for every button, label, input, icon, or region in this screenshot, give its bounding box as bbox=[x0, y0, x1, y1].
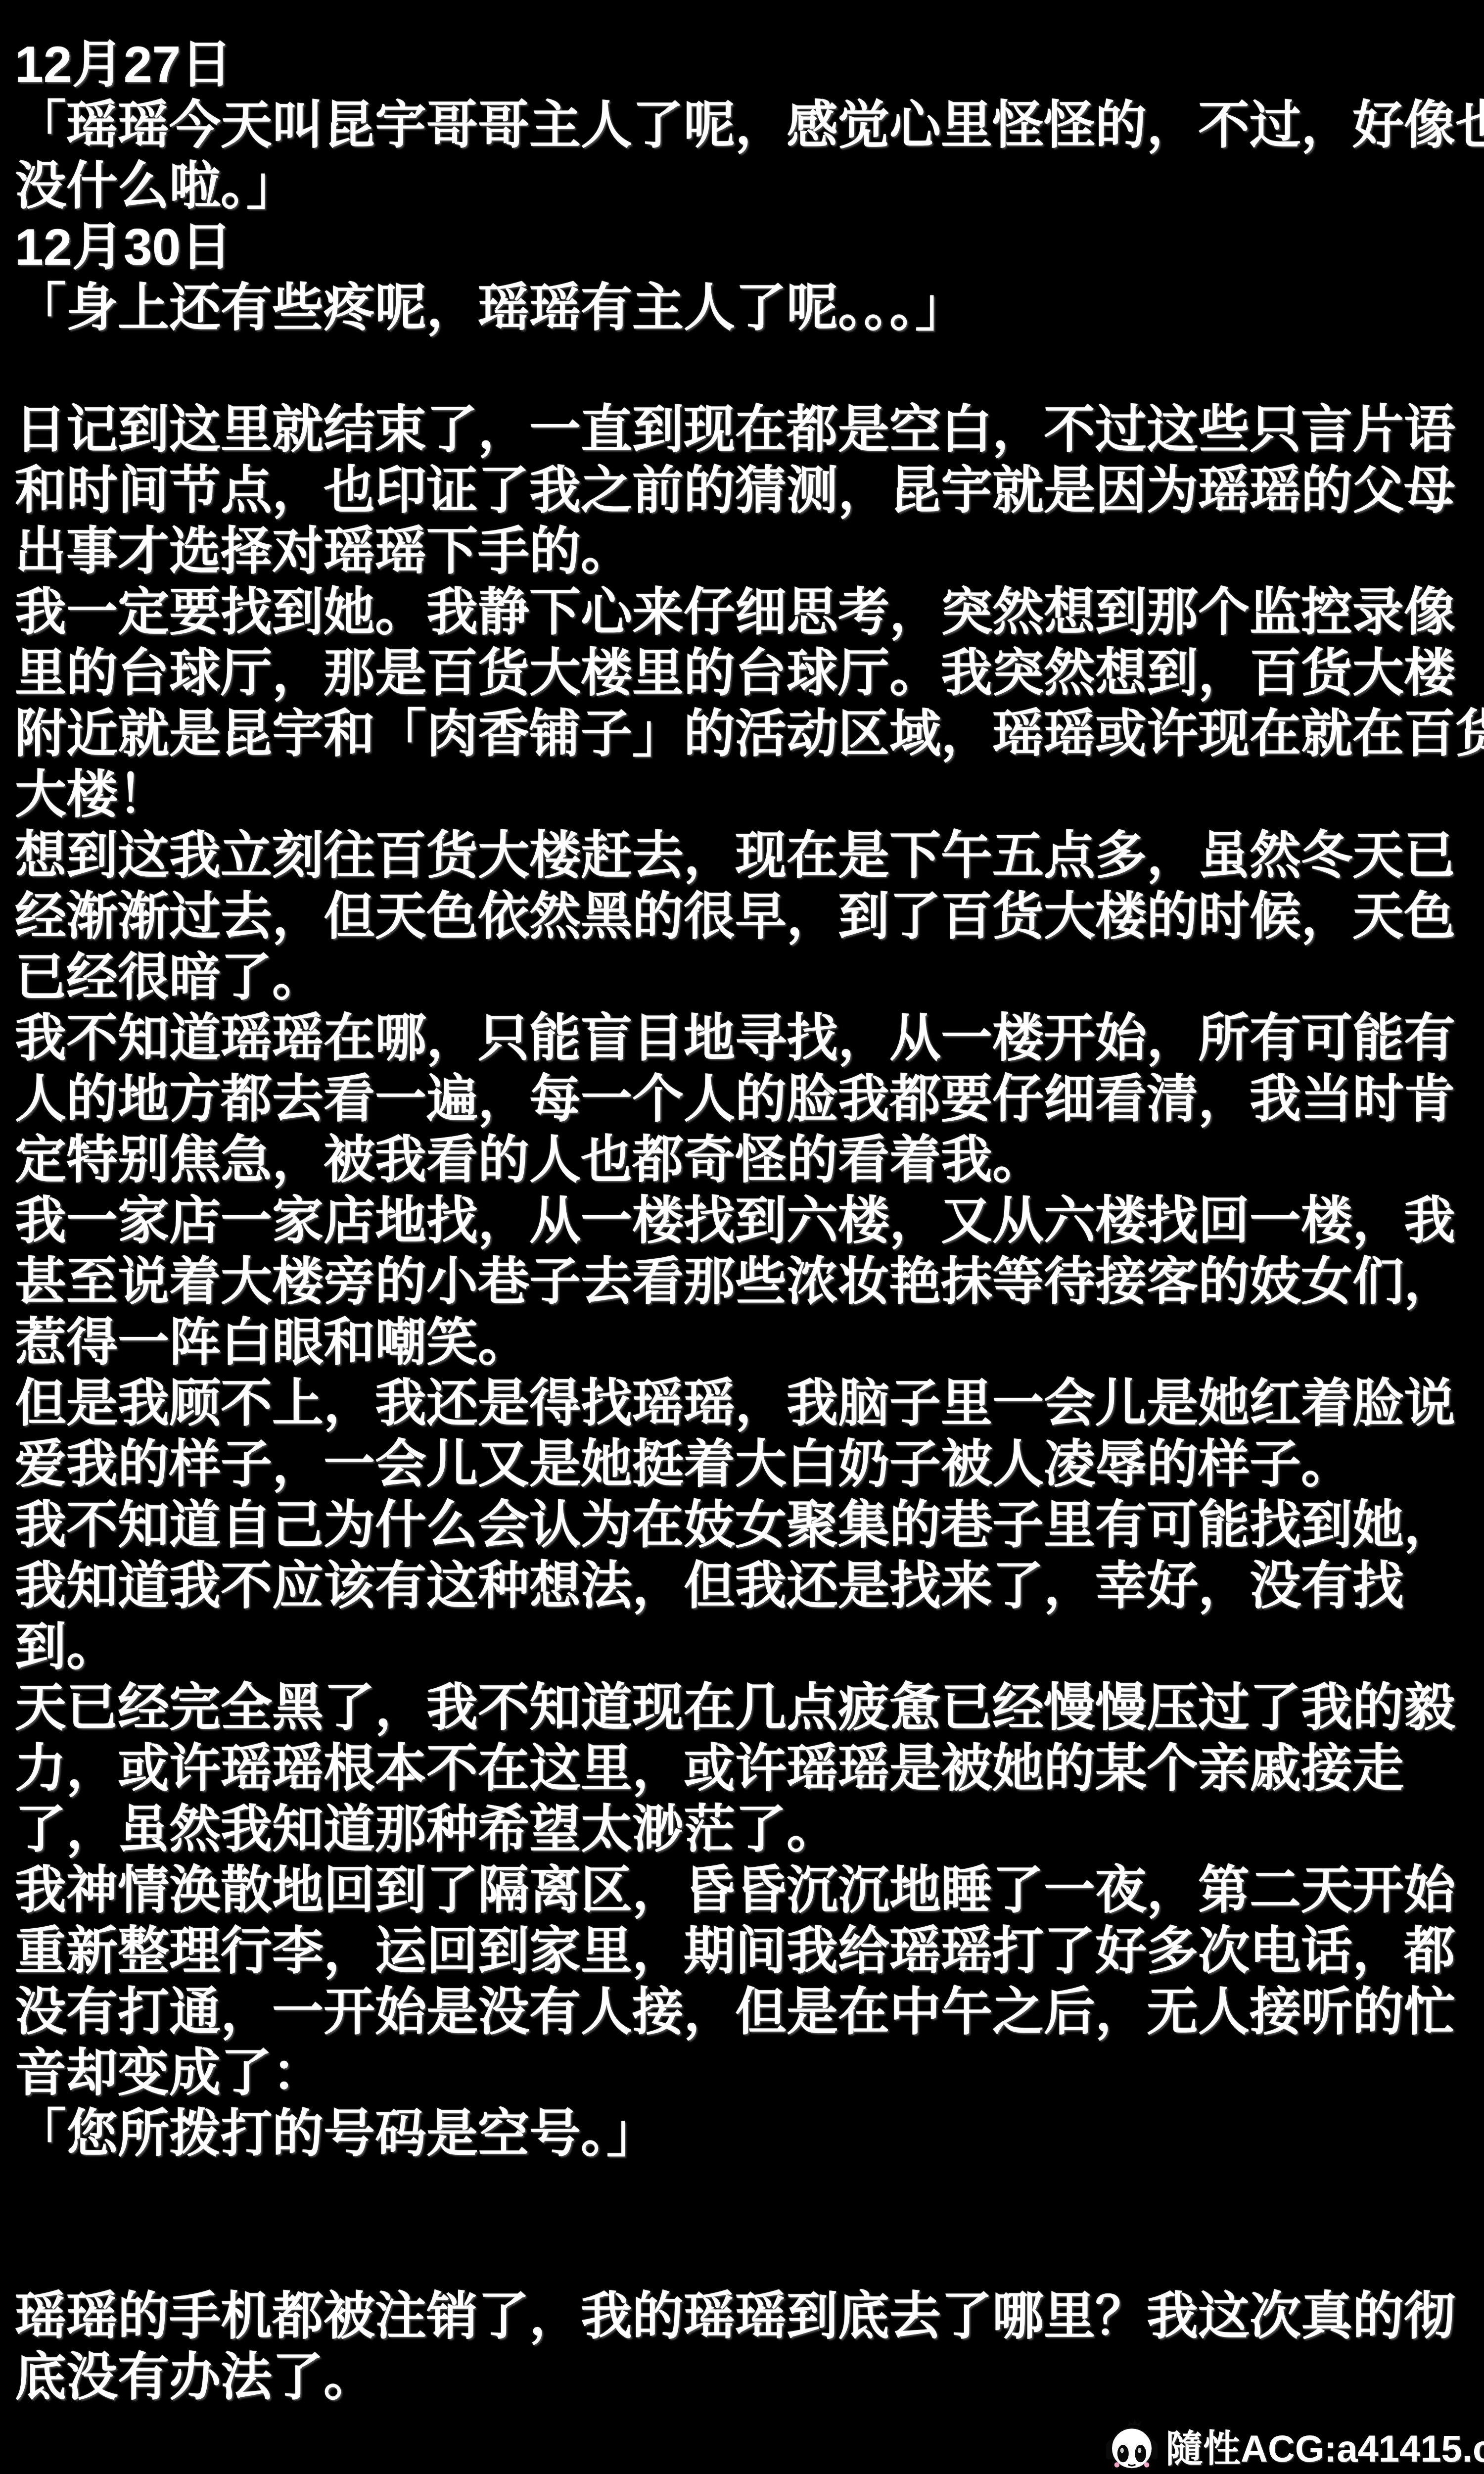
text-line: 惹得一阵白眼和嘲笑。 bbox=[15, 1313, 1474, 1374]
text-line: 我一定要找到她。我静下心来仔细思考，突然想到那个监控录像 bbox=[15, 582, 1474, 643]
text-line: 但是我顾不上，我还是得找瑶瑶，我脑子里一会儿是她红着脸说 bbox=[15, 1374, 1474, 1434]
text-line: 底没有办法了。 bbox=[15, 2347, 1474, 2408]
text-line: 重新整理行李，运回到家里，期间我给瑶瑶打了好多次电话，都 bbox=[15, 1921, 1474, 1982]
text-line: 12月27日 bbox=[15, 35, 1474, 95]
text-line: 想到这我立刻往百货大楼赶去，现在是下午五点多，虽然冬天已 bbox=[15, 826, 1474, 887]
text-line: 大楼！ bbox=[15, 765, 1474, 826]
text-line: 爱我的样子，一会儿又是她挺着大白奶子被人凌辱的样子。 bbox=[15, 1434, 1474, 1495]
text-line bbox=[15, 2165, 1474, 2226]
story-text: 12月27日「瑶瑶今天叫昆宇哥哥主人了呢，感觉心里怪怪的，不过，好像也没什么啦。… bbox=[15, 35, 1474, 2408]
watermark-text: 隨性ACG:a41415.com bbox=[1165, 2419, 1484, 2473]
text-line: 「您所拨打的号码是空号。」 bbox=[15, 2104, 1474, 2165]
text-line: 我不知道瑶瑶在哪，只能盲目地寻找，从一楼开始，所有可能有 bbox=[15, 1008, 1474, 1069]
text-line: 瑶瑶的手机都被注销了，我的瑶瑶到底去了哪里？我这次真的彻 bbox=[15, 2286, 1474, 2347]
text-line: 12月30日 bbox=[15, 217, 1474, 278]
text-line: 我一家店一家店地找，从一楼找到六楼，又从六楼找回一楼，我 bbox=[15, 1191, 1474, 1252]
text-line: 人的地方都去看一遍，每一个人的脸我都要仔细看清，我当时肯 bbox=[15, 1069, 1474, 1130]
text-line: 定特别焦急，被我看的人也都奇怪的看着我。 bbox=[15, 1130, 1474, 1191]
text-line: 了，虽然我知道那种希望太渺茫了。 bbox=[15, 1800, 1474, 1860]
text-line: 力，或许瑶瑶根本不在这里，或许瑶瑶是被她的某个亲戚接走 bbox=[15, 1739, 1474, 1800]
text-line bbox=[15, 2226, 1474, 2286]
text-line: 附近就是昆宇和「肉香铺子」的活动区域，瑶瑶或许现在就在百货 bbox=[15, 704, 1474, 765]
text-line: 「身上还有些疼呢，瑶瑶有主人了呢。。。」 bbox=[15, 278, 1474, 339]
text-line bbox=[15, 339, 1474, 400]
text-line: 没什么啦。」 bbox=[15, 156, 1474, 217]
text-line: 里的台球厅，那是百货大楼里的台球厅。我突然想到，百货大楼 bbox=[15, 643, 1474, 704]
text-line: 没有打通，一开始是没有人接，但是在中午之后，无人接听的忙 bbox=[15, 1982, 1474, 2043]
story-page: 12月27日「瑶瑶今天叫昆宇哥哥主人了呢，感觉心里怪怪的，不过，好像也没什么啦。… bbox=[0, 0, 1484, 2474]
text-line: 我不知道自己为什么会认为在妓女聚集的巷子里有可能找到她， bbox=[15, 1495, 1474, 1556]
text-line: 经渐渐过去，但天色依然黑的很早，到了百货大楼的时候，天色 bbox=[15, 887, 1474, 948]
watermark: 隨性ACG:a41415.com bbox=[1106, 2420, 1484, 2471]
text-line: 我神情涣散地回到了隔离区，昏昏沉沉地睡了一夜，第二天开始 bbox=[15, 1860, 1474, 1921]
text-line: 天已经完全黑了，我不知道现在几点疲惫已经慢慢压过了我的毅 bbox=[15, 1678, 1474, 1739]
text-line: 到。 bbox=[15, 1617, 1474, 1678]
panda-icon bbox=[1106, 2420, 1158, 2471]
text-line: 日记到这里就结束了，一直到现在都是空白，不过这些只言片语 bbox=[15, 400, 1474, 461]
text-line: 「瑶瑶今天叫昆宇哥哥主人了呢，感觉心里怪怪的，不过，好像也 bbox=[15, 95, 1474, 156]
text-line: 已经很暗了。 bbox=[15, 948, 1474, 1008]
text-line: 出事才选择对瑶瑶下手的。 bbox=[15, 522, 1474, 582]
text-line: 我知道我不应该有这种想法，但我还是找来了，幸好，没有找 bbox=[15, 1556, 1474, 1617]
text-line: 音却变成了： bbox=[15, 2043, 1474, 2104]
text-line: 甚至说着大楼旁的小巷子去看那些浓妆艳抹等待接客的妓女们， bbox=[15, 1252, 1474, 1313]
text-line: 和时间节点，也印证了我之前的猜测，昆宇就是因为瑶瑶的父母 bbox=[15, 461, 1474, 522]
